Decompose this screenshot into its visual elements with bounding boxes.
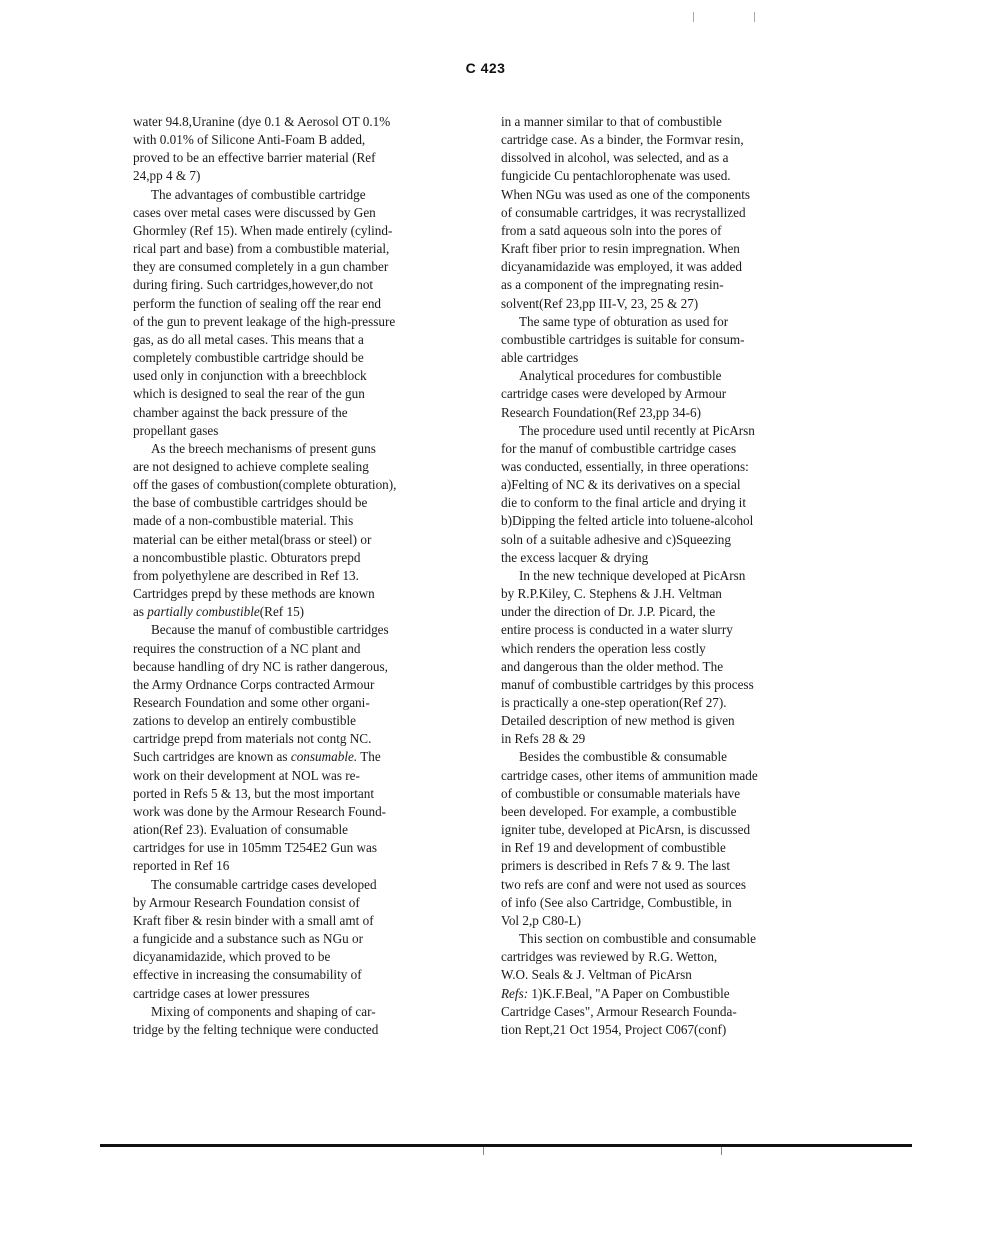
- text-line: made of a non-combustible material. This: [133, 512, 468, 530]
- text-segment: are not designed to achieve complete sea…: [133, 459, 369, 474]
- text-line: W.O. Seals & J. Veltman of PicArsn: [501, 966, 833, 984]
- text-segment: completely combustible cartridge should …: [133, 350, 364, 365]
- text-line: cartridge case. As a binder, the Formvar…: [501, 131, 833, 149]
- text-line: by Armour Research Foundation consist of: [133, 894, 468, 912]
- text-line: is practically a one-step operation(Ref …: [501, 694, 833, 712]
- text-line: in Refs 28 & 29: [501, 730, 833, 748]
- text-segment: dicyanamidazide was employed, it was add…: [501, 259, 742, 274]
- text-segment: of consumable cartridges, it was recryst…: [501, 205, 746, 220]
- text-segment: of combustible or consumable materials h…: [501, 786, 740, 801]
- text-segment: used only in conjunction with a breechbl…: [133, 368, 367, 383]
- text-line: Mixing of components and shaping of car-: [133, 1003, 468, 1021]
- text-line: a)Felting of NC & its derivatives on a s…: [501, 476, 833, 494]
- text-segment: perform the function of sealing off the …: [133, 296, 381, 311]
- text-line: The procedure used until recently at Pic…: [501, 422, 833, 440]
- text-line: are not designed to achieve complete sea…: [133, 458, 468, 476]
- text-segment: dissolved in alcohol, was selected, and …: [501, 150, 728, 165]
- text-segment: Research Foundation(Ref 23,pp 34-6): [501, 405, 701, 420]
- text-line: cartridge cases, other items of ammuniti…: [501, 767, 833, 785]
- text-line: of the gun to prevent leakage of the hig…: [133, 313, 468, 331]
- text-segment: cases over metal cases were discussed by…: [133, 205, 376, 220]
- text-line: the Army Ordnance Corps contracted Armou…: [133, 676, 468, 694]
- text-segment: In the new technique developed at PicArs…: [519, 568, 745, 583]
- text-segment: reported in Ref 16: [133, 858, 229, 873]
- text-line: of consumable cartridges, it was recryst…: [501, 204, 833, 222]
- text-line: Refs: 1)K.F.Beal, ''A Paper on Combustib…: [501, 985, 833, 1003]
- text-line: 24,pp 4 & 7): [133, 167, 468, 185]
- text-segment: Research Foundation and some other organ…: [133, 695, 370, 710]
- text-segment: cartridge cases were developed by Armour: [501, 386, 726, 401]
- text-line: tion Rept,21 Oct 1954, Project C067(conf…: [501, 1021, 833, 1039]
- text-segment: the excess lacquer & drying: [501, 550, 648, 565]
- text-segment: from a satd aqueous soln into the pores …: [501, 223, 721, 238]
- text-line: Cartridges prepd by these methods are kn…: [133, 585, 468, 603]
- text-line: with 0.01% of Silicone Anti-Foam B added…: [133, 131, 468, 149]
- text-line: primers is described in Refs 7 & 9. The …: [501, 857, 833, 875]
- text-line: two refs are conf and were not used as s…: [501, 876, 833, 894]
- text-line: Cartridge Cases", Armour Research Founda…: [501, 1003, 833, 1021]
- text-segment: W.O. Seals & J. Veltman of PicArsn: [501, 967, 692, 982]
- text-segment: Because the manuf of combustible cartrid…: [151, 622, 389, 637]
- text-line: water 94.8,Uranine (dye 0.1 & Aerosol OT…: [133, 113, 468, 131]
- text-line: entire process is conducted in a water s…: [501, 621, 833, 639]
- text-line: for the manuf of combustible cartridge c…: [501, 440, 833, 458]
- text-segment: (Ref 15): [260, 604, 304, 619]
- text-segment: material can be either metal(brass or st…: [133, 532, 371, 547]
- text-line: Ghormley (Ref 15). When made entirely (c…: [133, 222, 468, 240]
- text-line: material can be either metal(brass or st…: [133, 531, 468, 549]
- text-line: rical part and base) from a combustible …: [133, 240, 468, 258]
- text-line: because handling of dry NC is rather dan…: [133, 658, 468, 676]
- text-line: from polyethylene are described in Ref 1…: [133, 567, 468, 585]
- scan-mark: [483, 1147, 484, 1155]
- text-line: ation(Ref 23). Evaluation of consumable: [133, 821, 468, 839]
- text-line: by R.P.Kiley, C. Stephens & J.H. Veltman: [501, 585, 833, 603]
- text-segment: which is designed to seal the rear of th…: [133, 386, 365, 401]
- text-line: work on their development at NOL was re-: [133, 767, 468, 785]
- text-segment: Cartridges prepd by these methods are kn…: [133, 586, 375, 601]
- text-segment: tridge by the felting technique were con…: [133, 1022, 378, 1037]
- text-line: as a component of the impregnating resin…: [501, 276, 833, 294]
- scan-mark: [721, 1147, 722, 1155]
- text-segment: dicyanamidazide, which proved to be: [133, 949, 330, 964]
- text-line: soln of a suitable adhesive and c)Squeez…: [501, 531, 833, 549]
- text-segment: they are consumed completely in a gun ch…: [133, 259, 388, 274]
- text-line: manuf of combustible cartridges by this …: [501, 676, 833, 694]
- text-line: Such cartridges are known as consumable.…: [133, 748, 468, 766]
- text-line: reported in Ref 16: [133, 857, 468, 875]
- text-segment: two refs are conf and were not used as s…: [501, 877, 746, 892]
- text-line: In the new technique developed at PicArs…: [501, 567, 833, 585]
- text-segment: die to conform to the final article and …: [501, 495, 746, 510]
- text-line: completely combustible cartridge should …: [133, 349, 468, 367]
- italic-term: partially combustible: [147, 604, 259, 619]
- text-segment: cartridge prepd from materials not contg…: [133, 731, 371, 746]
- text-segment: a noncombustible plastic. Obturators pre…: [133, 550, 360, 565]
- text-segment: by Armour Research Foundation consist of: [133, 895, 360, 910]
- text-segment: b)Dipping the felted article into toluen…: [501, 513, 753, 528]
- text-segment: because handling of dry NC is rather dan…: [133, 659, 388, 674]
- text-line: fungicide Cu pentachlorophenate was used…: [501, 167, 833, 185]
- text-line: Because the manuf of combustible cartrid…: [133, 621, 468, 639]
- text-segment: a)Felting of NC & its derivatives on a s…: [501, 477, 741, 492]
- text-segment: able cartridges: [501, 350, 578, 365]
- text-segment: 1)K.F.Beal, ''A Paper on Combustible: [528, 986, 730, 1001]
- text-line: they are consumed completely in a gun ch…: [133, 258, 468, 276]
- text-line: propellant gases: [133, 422, 468, 440]
- text-segment: been developed. For example, a combustib…: [501, 804, 736, 819]
- text-line: under the direction of Dr. J.P. Picard, …: [501, 603, 833, 621]
- text-line: the excess lacquer & drying: [501, 549, 833, 567]
- text-segment: chamber against the back pressure of the: [133, 405, 348, 420]
- text-segment: which renders the operation less costly: [501, 641, 706, 656]
- text-line: Kraft fiber prior to resin impregnation.…: [501, 240, 833, 258]
- text-line: Detailed description of new method is gi…: [501, 712, 833, 730]
- text-segment: in a manner similar to that of combustib…: [501, 114, 722, 129]
- text-line: dicyanamidazide, which proved to be: [133, 948, 468, 966]
- text-segment: Ghormley (Ref 15). When made entirely (c…: [133, 223, 392, 238]
- italic-term: Refs:: [501, 986, 528, 1001]
- text-segment: for the manuf of combustible cartridge c…: [501, 441, 736, 456]
- page-number: C 423: [466, 60, 506, 76]
- text-line: a noncombustible plastic. Obturators pre…: [133, 549, 468, 567]
- text-line: chamber against the back pressure of the: [133, 404, 468, 422]
- text-line: The consumable cartridge cases developed: [133, 876, 468, 894]
- text-segment: fungicide Cu pentachlorophenate was used…: [501, 168, 731, 183]
- text-line: die to conform to the final article and …: [501, 494, 833, 512]
- text-line: a fungicide and a substance such as NGu …: [133, 930, 468, 948]
- text-line: igniter tube, developed at PicArsn, is d…: [501, 821, 833, 839]
- text-segment: The consumable cartridge cases developed: [151, 877, 377, 892]
- text-segment: primers is described in Refs 7 & 9. The …: [501, 858, 730, 873]
- text-line: b)Dipping the felted article into toluen…: [501, 512, 833, 530]
- text-line: dissolved in alcohol, was selected, and …: [501, 149, 833, 167]
- text-segment: Kraft fiber prior to resin impregnation.…: [501, 241, 740, 256]
- text-segment: Such cartridges are known as: [133, 749, 291, 764]
- scan-mark: [693, 12, 694, 22]
- text-segment: as a component of the impregnating resin…: [501, 277, 724, 292]
- text-segment: the base of combustible cartridges shoul…: [133, 495, 367, 510]
- italic-term: consumable.: [291, 749, 357, 764]
- text-line: in a manner similar to that of combustib…: [501, 113, 833, 131]
- text-segment: Kraft fiber & resin binder with a small …: [133, 913, 374, 928]
- text-line: was conducted, essentially, in three ope…: [501, 458, 833, 476]
- text-segment: As the breech mechanisms of present guns: [151, 441, 376, 456]
- text-segment: requires the construction of a NC plant …: [133, 641, 360, 656]
- text-segment: the Army Ordnance Corps contracted Armou…: [133, 677, 374, 692]
- text-line: during firing. Such cartridges,however,d…: [133, 276, 468, 294]
- text-segment: during firing. Such cartridges,however,d…: [133, 277, 373, 292]
- text-segment: was conducted, essentially, in three ope…: [501, 459, 749, 474]
- text-segment: under the direction of Dr. J.P. Picard, …: [501, 604, 715, 619]
- text-segment: tion Rept,21 Oct 1954, Project C067(conf…: [501, 1022, 726, 1037]
- text-line: the base of combustible cartridges shoul…: [133, 494, 468, 512]
- text-segment: from polyethylene are described in Ref 1…: [133, 568, 359, 583]
- text-line: tridge by the felting technique were con…: [133, 1021, 468, 1039]
- text-line: Research Foundation and some other organ…: [133, 694, 468, 712]
- text-line: cases over metal cases were discussed by…: [133, 204, 468, 222]
- text-line: of combustible or consumable materials h…: [501, 785, 833, 803]
- text-segment: When NGu was used as one of the componen…: [501, 187, 750, 202]
- right-column: in a manner similar to that of combustib…: [501, 113, 833, 1039]
- text-line: dicyanamidazide was employed, it was add…: [501, 258, 833, 276]
- text-line: and dangerous than the older method. The: [501, 658, 833, 676]
- text-segment: Detailed description of new method is gi…: [501, 713, 735, 728]
- text-segment: Analytical procedures for combustible: [519, 368, 722, 383]
- text-segment: in Refs 28 & 29: [501, 731, 585, 746]
- scan-mark: [754, 12, 755, 22]
- text-segment: off the gases of combustion(complete obt…: [133, 477, 396, 492]
- text-segment: by R.P.Kiley, C. Stephens & J.H. Veltman: [501, 586, 722, 601]
- text-segment: cartridge case. As a binder, the Formvar…: [501, 132, 744, 147]
- text-segment: cartridges was reviewed by R.G. Wetton,: [501, 949, 717, 964]
- text-segment: The same type of obturation as used for: [519, 314, 728, 329]
- text-line: as partially combustible(Ref 15): [133, 603, 468, 621]
- bottom-rule: [100, 1144, 912, 1147]
- text-line: The advantages of combustible cartridge: [133, 186, 468, 204]
- text-line: effective in increasing the consumabilit…: [133, 966, 468, 984]
- text-segment: gas, as do all metal cases. This means t…: [133, 332, 364, 347]
- text-segment: work on their development at NOL was re-: [133, 768, 360, 783]
- text-line: Besides the combustible & consumable: [501, 748, 833, 766]
- text-line: requires the construction of a NC plant …: [133, 640, 468, 658]
- page-header: C 423: [0, 60, 989, 78]
- text-line: which renders the operation less costly: [501, 640, 833, 658]
- text-line: perform the function of sealing off the …: [133, 295, 468, 313]
- text-segment: cartridge cases, other items of ammuniti…: [501, 768, 758, 783]
- text-segment: water 94.8,Uranine (dye 0.1 & Aerosol OT…: [133, 114, 390, 129]
- text-line: work was done by the Armour Research Fou…: [133, 803, 468, 821]
- text-segment: solvent(Ref 23,pp III-V, 23, 25 & 27): [501, 296, 698, 311]
- text-segment: Cartridge Cases", Armour Research Founda…: [501, 1004, 737, 1019]
- text-segment: is practically a one-step operation(Ref …: [501, 695, 727, 710]
- text-segment: zations to develop an entirely combustib…: [133, 713, 356, 728]
- text-line: When NGu was used as one of the componen…: [501, 186, 833, 204]
- text-line: combustible cartridges is suitable for c…: [501, 331, 833, 349]
- text-line: able cartridges: [501, 349, 833, 367]
- text-line: in Ref 19 and development of combustible: [501, 839, 833, 857]
- text-segment: proved to be an effective barrier materi…: [133, 150, 376, 165]
- text-line: off the gases of combustion(complete obt…: [133, 476, 468, 494]
- text-line: This section on combustible and consumab…: [501, 930, 833, 948]
- text-segment: in Ref 19 and development of combustible: [501, 840, 726, 855]
- text-line: Kraft fiber & resin binder with a small …: [133, 912, 468, 930]
- text-segment: Mixing of components and shaping of car-: [151, 1004, 376, 1019]
- text-segment: This section on combustible and consumab…: [519, 931, 756, 946]
- text-line: proved to be an effective barrier materi…: [133, 149, 468, 167]
- text-segment: as: [133, 604, 147, 619]
- text-line: Analytical procedures for combustible: [501, 367, 833, 385]
- text-line: been developed. For example, a combustib…: [501, 803, 833, 821]
- text-line: Research Foundation(Ref 23,pp 34-6): [501, 404, 833, 422]
- text-segment: propellant gases: [133, 423, 218, 438]
- text-line: cartridge prepd from materials not contg…: [133, 730, 468, 748]
- text-line: cartridges for use in 105mm T254E2 Gun w…: [133, 839, 468, 857]
- text-segment: a fungicide and a substance such as NGu …: [133, 931, 363, 946]
- text-segment: work was done by the Armour Research Fou…: [133, 804, 386, 819]
- text-segment: made of a non-combustible material. This: [133, 513, 353, 528]
- text-line: cartridge cases at lower pressures: [133, 985, 468, 1003]
- text-segment: The: [357, 749, 381, 764]
- text-line: from a satd aqueous soln into the pores …: [501, 222, 833, 240]
- text-segment: 24,pp 4 & 7): [133, 168, 200, 183]
- text-segment: igniter tube, developed at PicArsn, is d…: [501, 822, 750, 837]
- text-line: of info (See also Cartridge, Combustible…: [501, 894, 833, 912]
- text-segment: The procedure used until recently at Pic…: [519, 423, 755, 438]
- text-line: As the breech mechanisms of present guns: [133, 440, 468, 458]
- left-column: water 94.8,Uranine (dye 0.1 & Aerosol OT…: [133, 113, 468, 1039]
- text-segment: The advantages of combustible cartridge: [151, 187, 366, 202]
- text-line: The same type of obturation as used for: [501, 313, 833, 331]
- text-segment: of the gun to prevent leakage of the hig…: [133, 314, 395, 329]
- text-line: cartridge cases were developed by Armour: [501, 385, 833, 403]
- text-segment: Vol 2,p C80-L): [501, 913, 581, 928]
- text-segment: with 0.01% of Silicone Anti-Foam B added…: [133, 132, 365, 147]
- text-segment: Besides the combustible & consumable: [519, 749, 727, 764]
- text-line: zations to develop an entirely combustib…: [133, 712, 468, 730]
- text-line: cartridges was reviewed by R.G. Wetton,: [501, 948, 833, 966]
- text-line: used only in conjunction with a breechbl…: [133, 367, 468, 385]
- text-segment: entire process is conducted in a water s…: [501, 622, 733, 637]
- text-line: solvent(Ref 23,pp III-V, 23, 25 & 27): [501, 295, 833, 313]
- text-segment: and dangerous than the older method. The: [501, 659, 723, 674]
- text-segment: manuf of combustible cartridges by this …: [501, 677, 754, 692]
- text-line: Vol 2,p C80-L): [501, 912, 833, 930]
- text-segment: combustible cartridges is suitable for c…: [501, 332, 745, 347]
- text-segment: ation(Ref 23). Evaluation of consumable: [133, 822, 348, 837]
- text-segment: of info (See also Cartridge, Combustible…: [501, 895, 732, 910]
- text-segment: cartridges for use in 105mm T254E2 Gun w…: [133, 840, 377, 855]
- text-line: ported in Refs 5 & 13, but the most impo…: [133, 785, 468, 803]
- text-line: which is designed to seal the rear of th…: [133, 385, 468, 403]
- text-segment: effective in increasing the consumabilit…: [133, 967, 362, 982]
- text-segment: cartridge cases at lower pressures: [133, 986, 310, 1001]
- text-line: gas, as do all metal cases. This means t…: [133, 331, 468, 349]
- text-segment: soln of a suitable adhesive and c)Squeez…: [501, 532, 731, 547]
- text-segment: rical part and base) from a combustible …: [133, 241, 389, 256]
- text-segment: ported in Refs 5 & 13, but the most impo…: [133, 786, 374, 801]
